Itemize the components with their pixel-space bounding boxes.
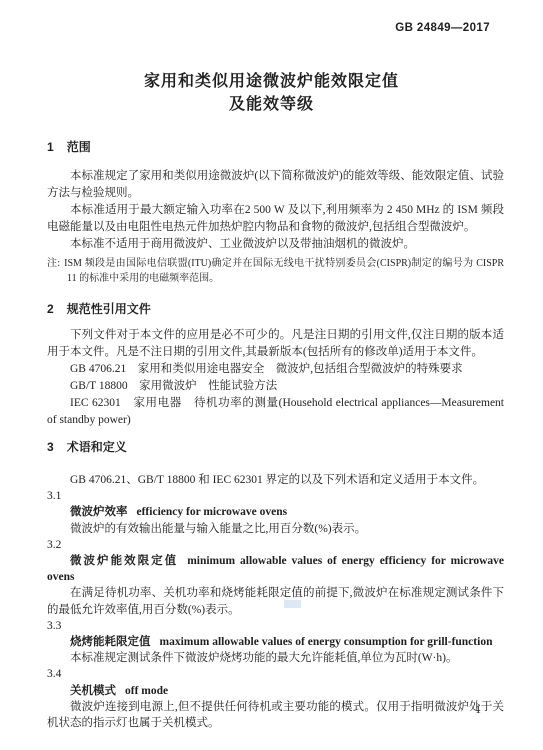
term-number: 3.1 (47, 488, 504, 504)
term-title: 微波炉能效限定值minimum allowable values of ener… (47, 553, 504, 585)
scope-paragraph-1: 本标准规定了家用和类似用途微波炉(以下简称微波炉)的能效等级、能效限定值、试验方… (47, 168, 504, 202)
references-intro-paragraph: 下列文件对于本文件的应用是必不可少的。凡是注日期的引用文件,仅注日期的版本适用于… (47, 327, 504, 361)
reference-item-iec62301: IEC 62301 家用电器 待机功率的测量(Household electri… (47, 395, 504, 429)
document-page: GB 24849—2017 家用和类似用途微波炉能效限定值 及能效等级 1范围 … (0, 0, 543, 750)
term-title-zh: 烧烤能耗限定值 (70, 636, 151, 648)
term-number: 3.2 (47, 537, 504, 553)
term-title-en: maximum allowable values of energy consu… (160, 636, 493, 648)
section-heading-scope: 1范围 (47, 139, 504, 156)
section-title: 术语和定义 (67, 440, 127, 454)
section-title: 规范性引用文件 (67, 302, 151, 316)
term-entry: 3.1 微波炉效率efficiency for microwave ovens … (47, 488, 504, 537)
document-body: 1范围 本标准规定了家用和类似用途微波炉(以下简称微波炉)的能效等级、能效限定值… (47, 139, 504, 731)
term-title-zh: 微波炉效率 (70, 506, 128, 518)
scan-highlight-artifact (284, 600, 301, 608)
reference-item-gbt18800: GB/T 18800 家用微波炉 性能试验方法 (47, 378, 504, 395)
document-title-line1: 家用和类似用途微波炉能效限定值 (0, 70, 543, 93)
section-heading-normative-references: 2规范性引用文件 (47, 301, 504, 318)
section-number: 2 (47, 302, 54, 316)
section-number: 3 (47, 440, 54, 454)
term-title-en: off mode (125, 685, 168, 697)
term-title-zh: 关机模式 (70, 685, 116, 697)
terms-section-body: GB 4706.21、GB/T 18800 和 IEC 62301 界定的以及下… (47, 472, 504, 731)
note-text: ISM 频段是由国际电信联盟(ITU)确定并在国际无线电干扰特别委员会(CISP… (64, 258, 504, 284)
document-title: 家用和类似用途微波炉能效限定值 及能效等级 (0, 70, 543, 116)
term-title-en: efficiency for microwave ovens (137, 506, 288, 518)
scope-note: 注:ISM 频段是由国际电信联盟(ITU)确定并在国际无线电干扰特别委员会(CI… (47, 256, 504, 286)
term-entry: 3.2 微波炉能效限定值minimum allowable values of … (47, 537, 504, 618)
term-definition: 本标准规定测试条件下微波炉烧烤功能的最大允许能耗值,单位为瓦时(W·h)。 (47, 650, 504, 666)
terms-intro-paragraph: GB 4706.21、GB/T 18800 和 IEC 62301 界定的以及下… (47, 472, 504, 488)
term-definition: 微波炉的有效输出能量与输入能量之比,用百分数(%)表示。 (47, 521, 504, 537)
term-title-zh: 微波炉能效限定值 (70, 555, 178, 567)
term-number: 3.4 (47, 666, 504, 682)
section-heading-terms-definitions: 3术语和定义 (47, 439, 504, 456)
term-number: 3.3 (47, 618, 504, 634)
section-title: 范围 (67, 140, 91, 154)
term-title: 微波炉效率efficiency for microwave ovens (47, 504, 504, 520)
scope-paragraph-2: 本标准适用于最大额定输入功率在2 500 W 及以下,利用频率为 2 450 M… (47, 202, 504, 236)
term-definition: 微波炉连接到电源上,但不提供任何待机或主要功能的模式。仅用于指明微波炉处于关机状… (47, 699, 504, 731)
term-definition: 在满足待机功率、关机功率和烧烤能耗限定值的前提下,微波炉在标准规定测试条件下的最… (47, 585, 504, 617)
term-entry: 3.3 烧烤能耗限定值maximum allowable values of e… (47, 618, 504, 667)
document-title-line2: 及能效等级 (0, 93, 543, 116)
term-entry: 3.4 关机模式off mode 微波炉连接到电源上,但不提供任何待机或主要功能… (47, 666, 504, 731)
term-title: 烧烤能耗限定值maximum allowable values of energ… (47, 634, 504, 650)
note-label: 注: (47, 258, 60, 269)
scope-paragraph-3: 本标准不适用于商用微波炉、工业微波炉以及带抽油烟机的微波炉。 (47, 236, 504, 253)
section-number: 1 (47, 140, 54, 154)
page-number: 1 (475, 704, 481, 716)
reference-item-gb4706: GB 4706.21 家用和类似用途电器安全 微波炉,包括组合型微波炉的特殊要求 (47, 361, 504, 378)
standard-number-header: GB 24849—2017 (395, 22, 490, 34)
term-title: 关机模式off mode (47, 683, 504, 699)
